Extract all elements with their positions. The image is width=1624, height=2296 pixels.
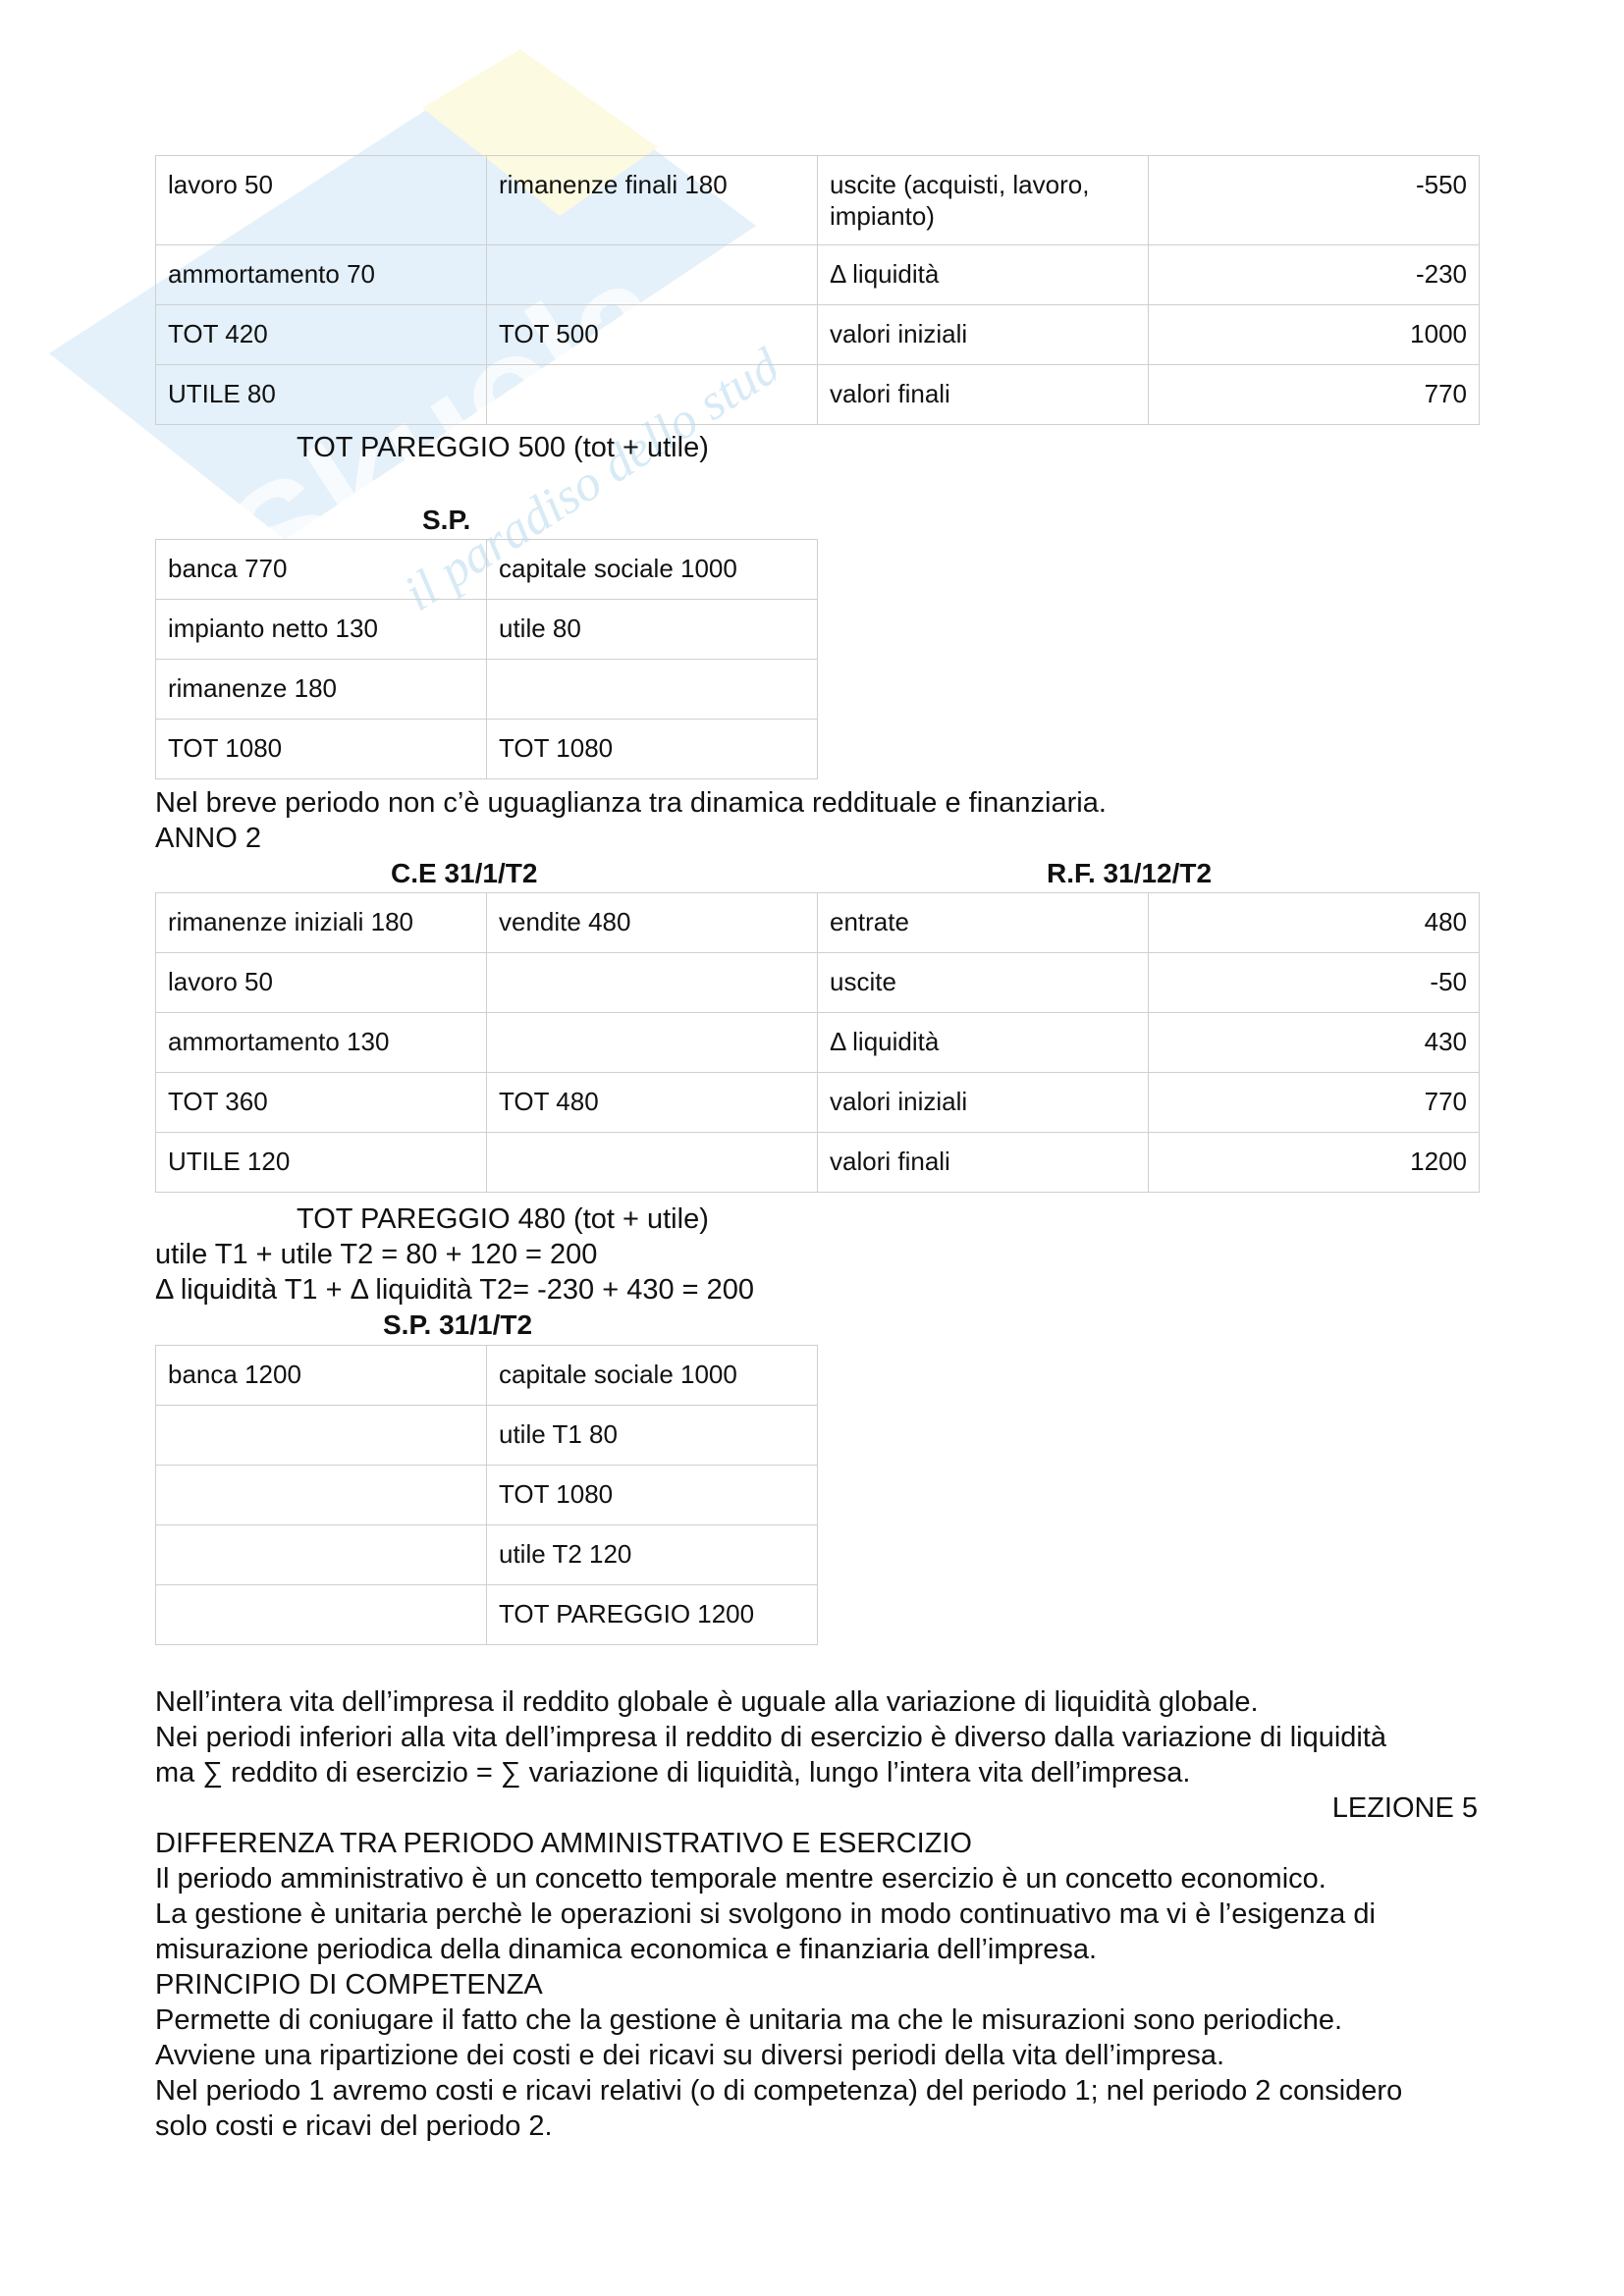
year1-tot-pareggio: TOT PAREGGIO 500 (tot + utile) — [297, 430, 709, 465]
table-row: rimanenze iniziali 180 vendite 480 entra… — [156, 893, 1480, 953]
table-cell: TOT 500 — [487, 305, 818, 365]
table-cell: TOT 420 — [156, 305, 487, 365]
table-row: impianto netto 130 utile 80 — [156, 600, 818, 660]
table-cell: valori finali — [818, 1133, 1149, 1193]
table-cell: valori finali — [818, 365, 1149, 425]
table-row: TOT PAREGGIO 1200 — [156, 1585, 818, 1645]
table-cell: utile T1 80 — [487, 1406, 818, 1466]
table-cell: 770 — [1149, 365, 1480, 425]
table-cell: rimanenze 180 — [156, 660, 487, 720]
table-cell — [156, 1466, 487, 1525]
table-cell: rimanenze iniziali 180 — [156, 893, 487, 953]
year2-ce-rf-table: rimanenze iniziali 180 vendite 480 entra… — [155, 892, 1480, 1193]
table-cell — [487, 1013, 818, 1073]
table-row: banca 1200 capitale sociale 1000 — [156, 1346, 818, 1406]
year2-rf-title: R.F. 31/12/T2 — [1047, 858, 1212, 889]
table-row: ammortamento 130 Δ liquidità 430 — [156, 1013, 1480, 1073]
table-cell — [487, 953, 818, 1013]
lezione-label: LEZIONE 5 — [1332, 1790, 1478, 1826]
table-row: TOT 1080 — [156, 1466, 818, 1525]
paragraph-periodi-inferiori-2: ma ∑ reddito di esercizio = ∑ variazione… — [155, 1755, 1190, 1790]
paragraph-periodo-amministrativo: Il periodo amministrativo è un concetto … — [155, 1861, 1326, 1896]
table-cell — [156, 1406, 487, 1466]
heading-differenza: DIFFERENZA TRA PERIODO AMMINISTRATIVO E … — [155, 1826, 972, 1861]
table-row: TOT 420 TOT 500 valori iniziali 1000 — [156, 305, 1480, 365]
table-row: TOT 360 TOT 480 valori iniziali 770 — [156, 1073, 1480, 1133]
table-cell: valori iniziali — [818, 305, 1149, 365]
heading-principio-competenza: PRINCIPIO DI COMPETENZA — [155, 1967, 543, 2002]
year2-sum-liquidita: Δ liquidità T1 + Δ liquidità T2= -230 + … — [155, 1272, 754, 1308]
table-cell: TOT PAREGGIO 1200 — [487, 1585, 818, 1645]
table-cell: ammortamento 130 — [156, 1013, 487, 1073]
year2-sp-table: banca 1200 capitale sociale 1000 utile T… — [155, 1345, 818, 1645]
table-cell: TOT 1080 — [487, 720, 818, 779]
paragraph-periodi-inferiori-1: Nei periodi inferiori alla vita dell’imp… — [155, 1720, 1386, 1755]
table-cell: TOT 1080 — [156, 720, 487, 779]
table-cell: impianto netto 130 — [156, 600, 487, 660]
table-cell: 430 — [1149, 1013, 1480, 1073]
table-cell: banca 1200 — [156, 1346, 487, 1406]
table-cell: TOT 360 — [156, 1073, 487, 1133]
table-cell: capitale sociale 1000 — [487, 1346, 818, 1406]
table-cell: 1000 — [1149, 305, 1480, 365]
table-cell: utile T2 120 — [487, 1525, 818, 1585]
table-cell: banca 770 — [156, 540, 487, 600]
paragraph-reddito-globale: Nell’intera vita dell’impresa il reddito… — [155, 1684, 1259, 1720]
table-cell — [156, 1525, 487, 1585]
table-cell — [487, 365, 818, 425]
table-cell — [487, 245, 818, 305]
table-row: lavoro 50 uscite -50 — [156, 953, 1480, 1013]
table-cell: UTILE 80 — [156, 365, 487, 425]
table-row: lavoro 50 rimanenze finali 180 uscite (a… — [156, 156, 1480, 245]
table-row: utile T1 80 — [156, 1406, 818, 1466]
table-cell — [487, 1133, 818, 1193]
year1-note: Nel breve periodo non c’è uguaglianza tr… — [155, 785, 1107, 821]
year1-ce-rf-table: lavoro 50 rimanenze finali 180 uscite (a… — [155, 155, 1480, 425]
table-cell: Δ liquidità — [818, 245, 1149, 305]
table-cell: lavoro 50 — [156, 953, 487, 1013]
paragraph-coniugare: Permette di coniugare il fatto che la ge… — [155, 2002, 1342, 2038]
paragraph-ripartizione: Avviene una ripartizione dei costi e dei… — [155, 2038, 1224, 2073]
table-cell: utile 80 — [487, 600, 818, 660]
table-cell: 1200 — [1149, 1133, 1480, 1193]
table-cell — [487, 660, 818, 720]
table-row: utile T2 120 — [156, 1525, 818, 1585]
year2-tot-pareggio: TOT PAREGGIO 480 (tot + utile) — [297, 1201, 709, 1237]
year2-ce-title: C.E 31/1/T2 — [391, 858, 537, 889]
year1-sp-table: banca 770 capitale sociale 1000 impianto… — [155, 539, 818, 779]
table-cell: uscite (acquisti, lavoro, impianto) — [818, 156, 1149, 245]
table-cell: -550 — [1149, 156, 1480, 245]
table-cell: lavoro 50 — [156, 156, 487, 245]
table-cell: rimanenze finali 180 — [487, 156, 818, 245]
paragraph-gestione-2: misurazione periodica della dinamica eco… — [155, 1932, 1097, 1967]
table-cell: Δ liquidità — [818, 1013, 1149, 1073]
table-cell: 480 — [1149, 893, 1480, 953]
table-row: ammortamento 70 Δ liquidità -230 — [156, 245, 1480, 305]
year2-heading: ANNO 2 — [155, 821, 261, 856]
table-cell: -230 — [1149, 245, 1480, 305]
table-cell: TOT 480 — [487, 1073, 818, 1133]
table-cell: -50 — [1149, 953, 1480, 1013]
table-cell: 770 — [1149, 1073, 1480, 1133]
table-cell: valori iniziali — [818, 1073, 1149, 1133]
table-row: UTILE 120 valori finali 1200 — [156, 1133, 1480, 1193]
table-cell: uscite — [818, 953, 1149, 1013]
table-cell: ammortamento 70 — [156, 245, 487, 305]
year1-sp-title: S.P. — [422, 505, 470, 536]
table-row: banca 770 capitale sociale 1000 — [156, 540, 818, 600]
table-cell: UTILE 120 — [156, 1133, 487, 1193]
table-cell: capitale sociale 1000 — [487, 540, 818, 600]
year2-sum-utile: utile T1 + utile T2 = 80 + 120 = 200 — [155, 1237, 597, 1272]
table-row: UTILE 80 valori finali 770 — [156, 365, 1480, 425]
table-row: TOT 1080 TOT 1080 — [156, 720, 818, 779]
paragraph-periodo-1: Nel periodo 1 avremo costi e ricavi rela… — [155, 2073, 1402, 2109]
paragraph-periodo-2: solo costi e ricavi del periodo 2. — [155, 2109, 553, 2144]
document-page: Skuola il paradiso dello studente lavoro… — [0, 0, 1624, 2296]
table-cell: TOT 1080 — [487, 1466, 818, 1525]
table-cell — [156, 1585, 487, 1645]
table-row: rimanenze 180 — [156, 660, 818, 720]
paragraph-gestione-1: La gestione è unitaria perchè le operazi… — [155, 1896, 1376, 1932]
year2-sp-title: S.P. 31/1/T2 — [383, 1309, 532, 1341]
table-cell: vendite 480 — [487, 893, 818, 953]
table-cell: entrate — [818, 893, 1149, 953]
